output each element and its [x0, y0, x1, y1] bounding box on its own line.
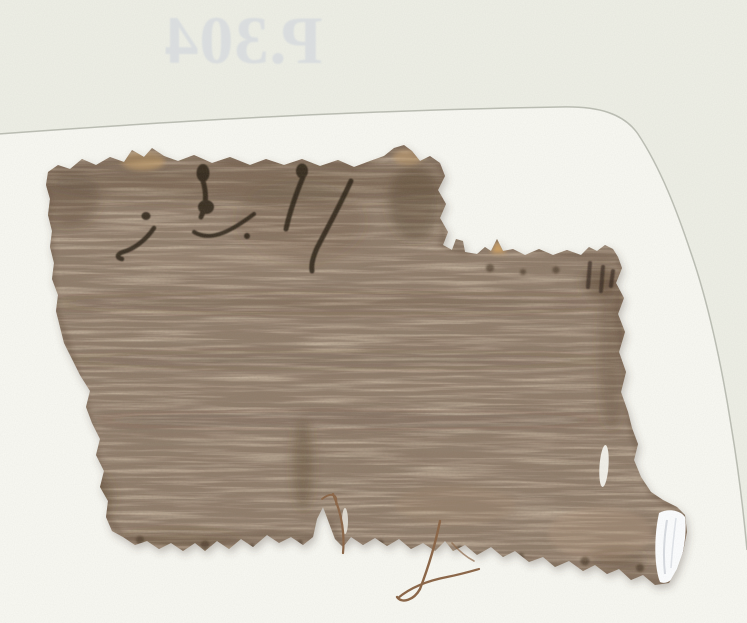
- paper-grain-overlay: [0, 0, 747, 623]
- papyrus-photo: [0, 0, 747, 623]
- photo-stage: P.304: [0, 0, 747, 623]
